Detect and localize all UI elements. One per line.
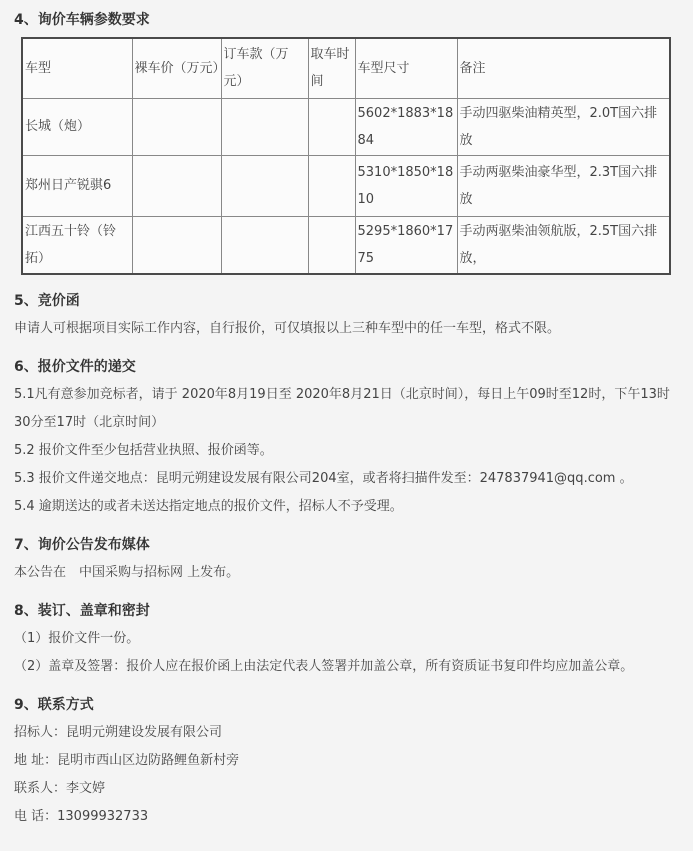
cell-model: 郑州日产锐骐6 <box>22 155 132 216</box>
section-9-heading: 9、联系方式 <box>14 693 679 717</box>
bidder-line: 招标人：昆明元朔建设发展有限公司 <box>14 719 679 747</box>
cell-model: 江西五十铃（铃拓） <box>22 216 132 274</box>
cell-remarks: 手动两驱柴油领航版，2.5T国六排放， <box>457 216 670 274</box>
seal-signature-paragraph: （2）盖章及签署：报价人应在报价函上由法定代表人签署并加盖公章，所有资质证书复印… <box>14 653 679 681</box>
section-4-heading: 4、询价车辆参数要求 <box>14 8 679 32</box>
cell-remarks: 手动四驱柴油精英型，2.0T国六排放 <box>457 98 670 155</box>
cell-bare-price <box>132 155 221 216</box>
submission-location-paragraph: 5.3 报价文件递交地点：昆明元朔建设发展有限公司204室，或者将扫描件发至：2… <box>14 465 679 493</box>
documents-included-paragraph: 5.2 报价文件至少包括营业执照、报价函等。 <box>14 437 679 465</box>
cell-order-payment <box>221 98 308 155</box>
section-8-heading: 8、装订、盖章和密封 <box>14 599 679 623</box>
publishing-media-paragraph: 本公告在 中国采购与招标网 上发布。 <box>14 559 679 587</box>
header-pickup-time: 取车时间 <box>308 38 355 98</box>
cell-dimensions: 5602*1883*1884 <box>355 98 457 155</box>
contact-person-line: 联系人：李文婷 <box>14 775 679 803</box>
section-5-paragraph: 申请人可根据项目实际工作内容，自行报价，可仅填报以上三种车型中的任一车型，格式不… <box>14 315 679 343</box>
header-order-payment: 订车款（万元） <box>221 38 308 98</box>
phone-line: 电 话：13099932733 <box>14 803 679 831</box>
section-7-heading: 7、询价公告发布媒体 <box>14 533 679 557</box>
cell-pickup-time <box>308 98 355 155</box>
table-row: 江西五十铃（铃拓） 5295*1860*1775 手动两驱柴油领航版，2.5T国… <box>22 216 670 274</box>
cell-order-payment <box>221 155 308 216</box>
section-6-heading: 6、报价文件的递交 <box>14 355 679 379</box>
submission-period-paragraph: 5.1凡有意参加竞标者，请于 2020年8月19日至 2020年8月21日（北京… <box>14 381 679 437</box>
cell-remarks: 手动两驱柴油豪华型，2.3T国六排放 <box>457 155 670 216</box>
copies-paragraph: （1）报价文件一份。 <box>14 625 679 653</box>
cell-pickup-time <box>308 216 355 274</box>
header-dimensions: 车型尺寸 <box>355 38 457 98</box>
header-remarks: 备注 <box>457 38 670 98</box>
header-bare-price: 裸车价（万元） <box>132 38 221 98</box>
cell-order-payment <box>221 216 308 274</box>
table-row: 郑州日产锐骐6 5310*1850*1810 手动两驱柴油豪华型，2.3T国六排… <box>22 155 670 216</box>
cell-dimensions: 5310*1850*1810 <box>355 155 457 216</box>
cell-bare-price <box>132 98 221 155</box>
table-row: 长城（炮） 5602*1883*1884 手动四驱柴油精英型，2.0T国六排放 <box>22 98 670 155</box>
cell-model: 长城（炮） <box>22 98 132 155</box>
header-model: 车型 <box>22 38 132 98</box>
table-header-row: 车型 裸车价（万元） 订车款（万元） 取车时间 车型尺寸 备注 <box>22 38 670 98</box>
cell-dimensions: 5295*1860*1775 <box>355 216 457 274</box>
cell-bare-price <box>132 216 221 274</box>
cell-pickup-time <box>308 155 355 216</box>
address-line: 地 址：昆明市西山区边防路鲤鱼新村旁 <box>14 747 679 775</box>
section-5-heading: 5、竞价函 <box>14 289 679 313</box>
vehicle-params-table: 车型 裸车价（万元） 订车款（万元） 取车时间 车型尺寸 备注 长城（炮） 56… <box>21 37 671 275</box>
late-submission-paragraph: 5.4 逾期送达的或者未送达指定地点的报价文件，招标人不予受理。 <box>14 493 679 521</box>
announcement-document: 4、询价车辆参数要求 车型 裸车价（万元） 订车款（万元） 取车时间 车型尺寸 … <box>0 0 693 851</box>
